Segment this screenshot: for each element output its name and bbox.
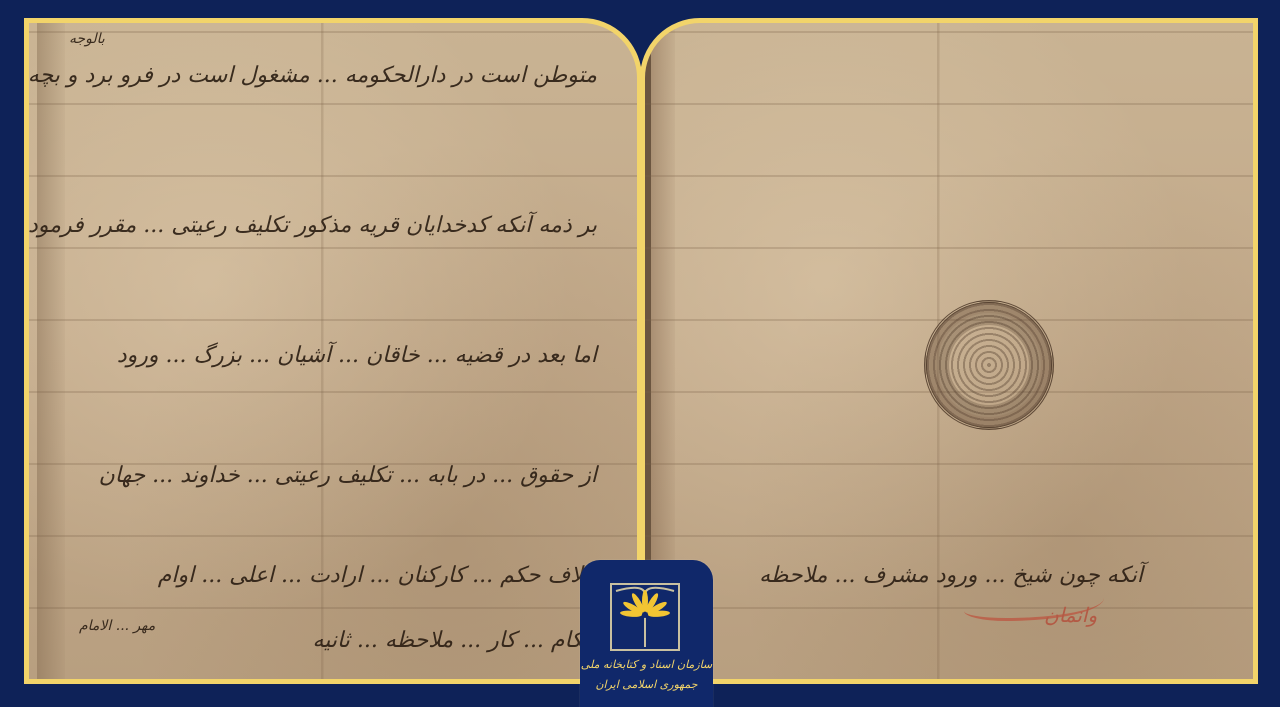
manuscript-line: متوطن است در دارالحکومه ... مشغول است در…	[24, 63, 597, 88]
manuscript-line: آنکه چون شیخ ... ورود مشرف ... ملاحظه	[759, 563, 1143, 588]
book-flower-emblem-icon	[610, 583, 680, 651]
margin-note: بالوجه	[69, 31, 105, 47]
left-manuscript-page: متوطن است در دارالحکومه ... مشغول است در…	[24, 18, 642, 684]
red-ink-note: وانمان	[1044, 603, 1097, 627]
national-library-logo: سازمان اسناد و کتابخانه ملی جمهوری اسلام…	[580, 560, 713, 707]
manuscript-line: بر ذمه آنکه کدخدایان قریه مذکور تکلیف رع…	[24, 213, 597, 238]
round-seal-stamp	[924, 300, 1054, 430]
manuscript-line: حکام ... کار ... ملاحظه ... ثانیه	[312, 628, 597, 653]
manuscript-line: از حقوق ... در بابه ... تکلیف رعیتی ... …	[99, 463, 597, 488]
logo-text-line2: جمهوری اسلامی ایران	[580, 678, 713, 691]
manuscript-line: اما بعد در قضیه ... خاقان ... آشیان ... …	[117, 343, 597, 368]
manuscript-line: خلاف حکم ... کارکنان ... ارادت ... اعلی …	[158, 563, 597, 588]
logo-text-line1: سازمان اسناد و کتابخانه ملی	[580, 658, 713, 671]
margin-note: مهر ... الامام	[79, 618, 155, 634]
